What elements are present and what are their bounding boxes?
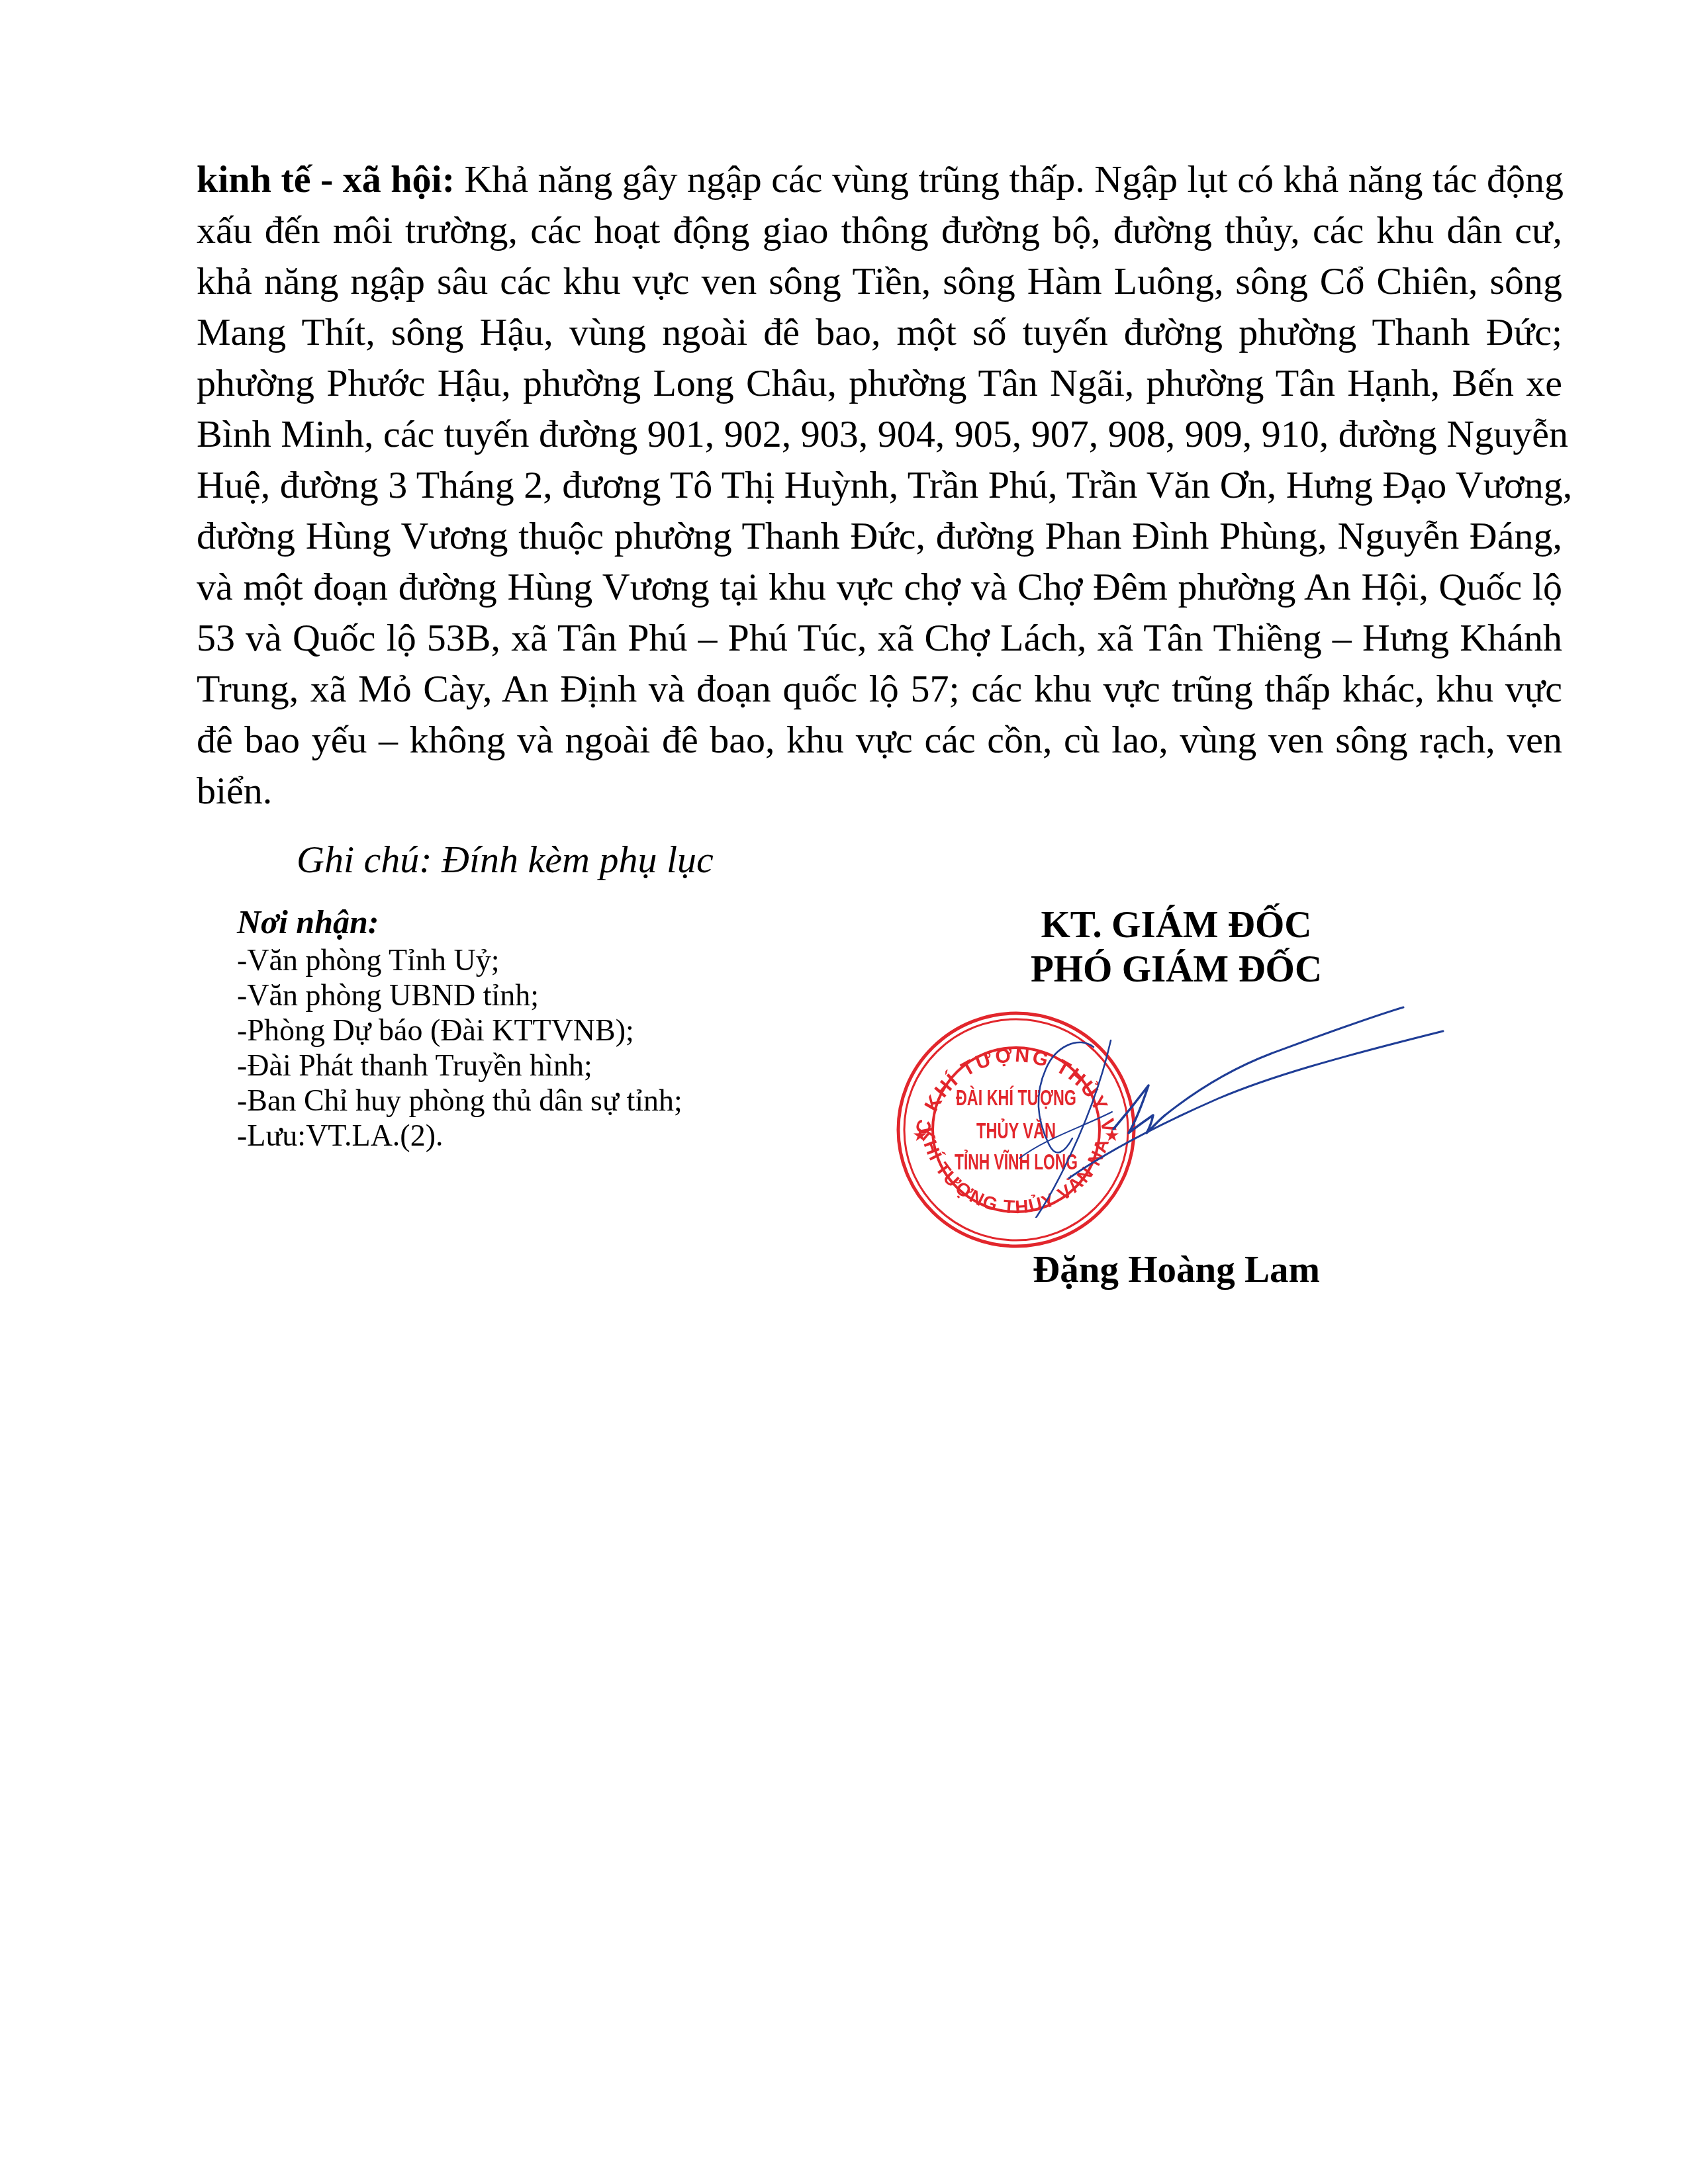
signer-name: Đặng Hoàng Lam [912, 1248, 1441, 1292]
body-paragraph: kinh tế - xã hội: Khả năng gây ngập các … [197, 154, 1562, 816]
body-line: Trung, xã Mỏ Cày, An Định và đoạn quốc l… [197, 663, 1562, 714]
body-line-text: Khả năng gây ngập các vùng trũng thấp. N… [455, 158, 1564, 201]
recipient-item: -Văn phòng Tỉnh Uỷ; [237, 942, 682, 978]
recipient-item: -Phòng Dự báo (Đài KTTVNB); [237, 1013, 682, 1048]
body-line: phường Phước Hậu, phường Long Châu, phườ… [197, 357, 1562, 408]
body-line: đường Hùng Vương thuộc phường Thanh Đức,… [197, 510, 1562, 561]
recipient-item: -Ban Chỉ huy phòng thủ dân sự tỉnh; [237, 1083, 682, 1118]
recipient-item: -Văn phòng UBND tỉnh; [237, 978, 682, 1013]
body-line: đê bao yếu – không và ngoài đê bao, khu … [197, 714, 1562, 765]
signer-authority: KT. GIÁM ĐỐC [912, 903, 1441, 947]
body-line: Huệ, đường 3 Tháng 2, đương Tô Thị Huỳnh… [197, 459, 1562, 510]
body-line: khả năng ngập sâu các khu vực ven sông T… [197, 255, 1562, 306]
body-line: kinh tế - xã hội: Khả năng gây ngập các … [197, 154, 1562, 205]
body-line: biển. [197, 765, 1562, 816]
body-line: Bình Minh, các tuyến đường 901, 902, 903… [197, 408, 1562, 459]
handwritten-signature [914, 979, 1456, 1218]
recipient-item: -Lưu:VT.LA.(2). [237, 1118, 682, 1153]
recipients-block: Nơi nhận: -Văn phòng Tỉnh Uỷ; -Văn phòng… [237, 901, 682, 1153]
attachment-note: Ghi chú: Đính kèm phụ lục [297, 834, 714, 885]
section-label: kinh tế - xã hội: [197, 158, 455, 201]
body-line: 53 và Quốc lộ 53B, xã Tân Phú – Phú Túc,… [197, 612, 1562, 663]
body-line: và một đoạn đường Hùng Vương tại khu vực… [197, 561, 1562, 612]
body-line: xấu đến môi trường, các hoạt động giao t… [197, 205, 1562, 255]
body-line: Mang Thít, sông Hậu, vùng ngoài đê bao, … [197, 306, 1562, 357]
document-page: kinh tế - xã hội: Khả năng gây ngập các … [0, 0, 1688, 2184]
recipients-title: Nơi nhận: [237, 901, 682, 942]
recipient-item: -Đài Phát thanh Truyền hình; [237, 1048, 682, 1083]
signature-title-block: KT. GIÁM ĐỐC PHÓ GIÁM ĐỐC [912, 903, 1441, 991]
